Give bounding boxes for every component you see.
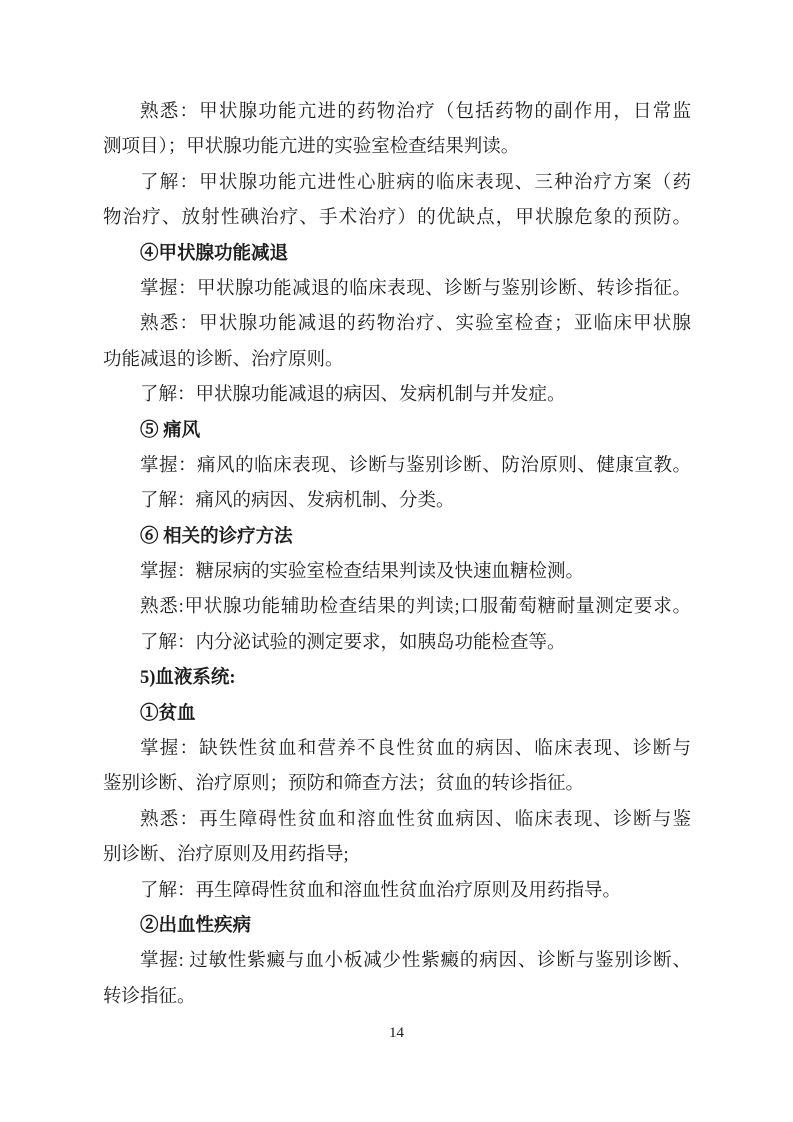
text-line: 熟悉:甲状腺功能辅助检查结果的判读;口服葡萄糖耐量测定要求。 bbox=[103, 590, 691, 625]
document-page: 熟悉：甲状腺功能亢进的药物治疗（包括药物的副作用，日常监测项目）；甲状腺功能亢进… bbox=[0, 0, 793, 1122]
text-line: 物治疗、放射性碘治疗、手术治疗）的优缺点，甲状腺危象的预防。 bbox=[103, 201, 691, 236]
text-line: 了解：甲状腺功能亢进性心脏病的临床表现、三种治疗方案（药 bbox=[103, 166, 691, 201]
text-line: 别诊断、治疗原则及用药指导; bbox=[103, 838, 691, 873]
text-line: 了解：再生障碍性贫血和溶血性贫血治疗原则及用药指导。 bbox=[103, 874, 691, 909]
heading-line: 5)血液系统: bbox=[103, 661, 691, 696]
text-line: 了解：甲状腺功能减退的病因、发病机制与并发症。 bbox=[103, 378, 691, 413]
text-line: 熟悉：甲状腺功能亢进的药物治疗（包括药物的副作用，日常监 bbox=[103, 95, 691, 130]
text-line: 了解：内分泌试验的测定要求，如胰岛功能检查等。 bbox=[103, 626, 691, 661]
page-number: 14 bbox=[0, 1025, 793, 1042]
text-line: 熟悉：再生障碍性贫血和溶血性贫血病因、临床表现、诊断与鉴 bbox=[103, 803, 691, 838]
text-line: 掌握: 过敏性紫癜与血小板减少性紫癜的病因、诊断与鉴别诊断、 bbox=[103, 944, 691, 979]
text-line: 掌握：缺铁性贫血和营养不良性贫血的病因、临床表现、诊断与 bbox=[103, 732, 691, 767]
heading-line: ⑥ 相关的诊疗方法 bbox=[103, 520, 691, 555]
heading-line: ④甲状腺功能减退 bbox=[103, 237, 691, 272]
text-line: 熟悉：甲状腺功能减退的药物治疗、实验室检查；亚临床甲状腺 bbox=[103, 307, 691, 342]
text-line: 了解：痛风的病因、发病机制、分类。 bbox=[103, 484, 691, 519]
heading-line: ②出血性疾病 bbox=[103, 909, 691, 944]
text-line: 转诊指征。 bbox=[103, 980, 691, 1015]
text-line: 掌握：甲状腺功能减退的临床表现、诊断与鉴别诊断、转诊指征。 bbox=[103, 272, 691, 307]
document-body-text: 熟悉：甲状腺功能亢进的药物治疗（包括药物的副作用，日常监测项目）；甲状腺功能亢进… bbox=[103, 95, 691, 1015]
heading-line: ①贫血 bbox=[103, 697, 691, 732]
text-line: 功能减退的诊断、治疗原则。 bbox=[103, 343, 691, 378]
text-line: 掌握：糖尿病的实验室检查结果判读及快速血糖检测。 bbox=[103, 555, 691, 590]
text-line: 掌握：痛风的临床表现、诊断与鉴别诊断、防治原则、健康宣教。 bbox=[103, 449, 691, 484]
heading-line: ⑤ 痛风 bbox=[103, 414, 691, 449]
text-line: 鉴别诊断、治疗原则；预防和筛查方法；贫血的转诊指征。 bbox=[103, 767, 691, 802]
text-line: 测项目）；甲状腺功能亢进的实验室检查结果判读。 bbox=[103, 130, 691, 165]
